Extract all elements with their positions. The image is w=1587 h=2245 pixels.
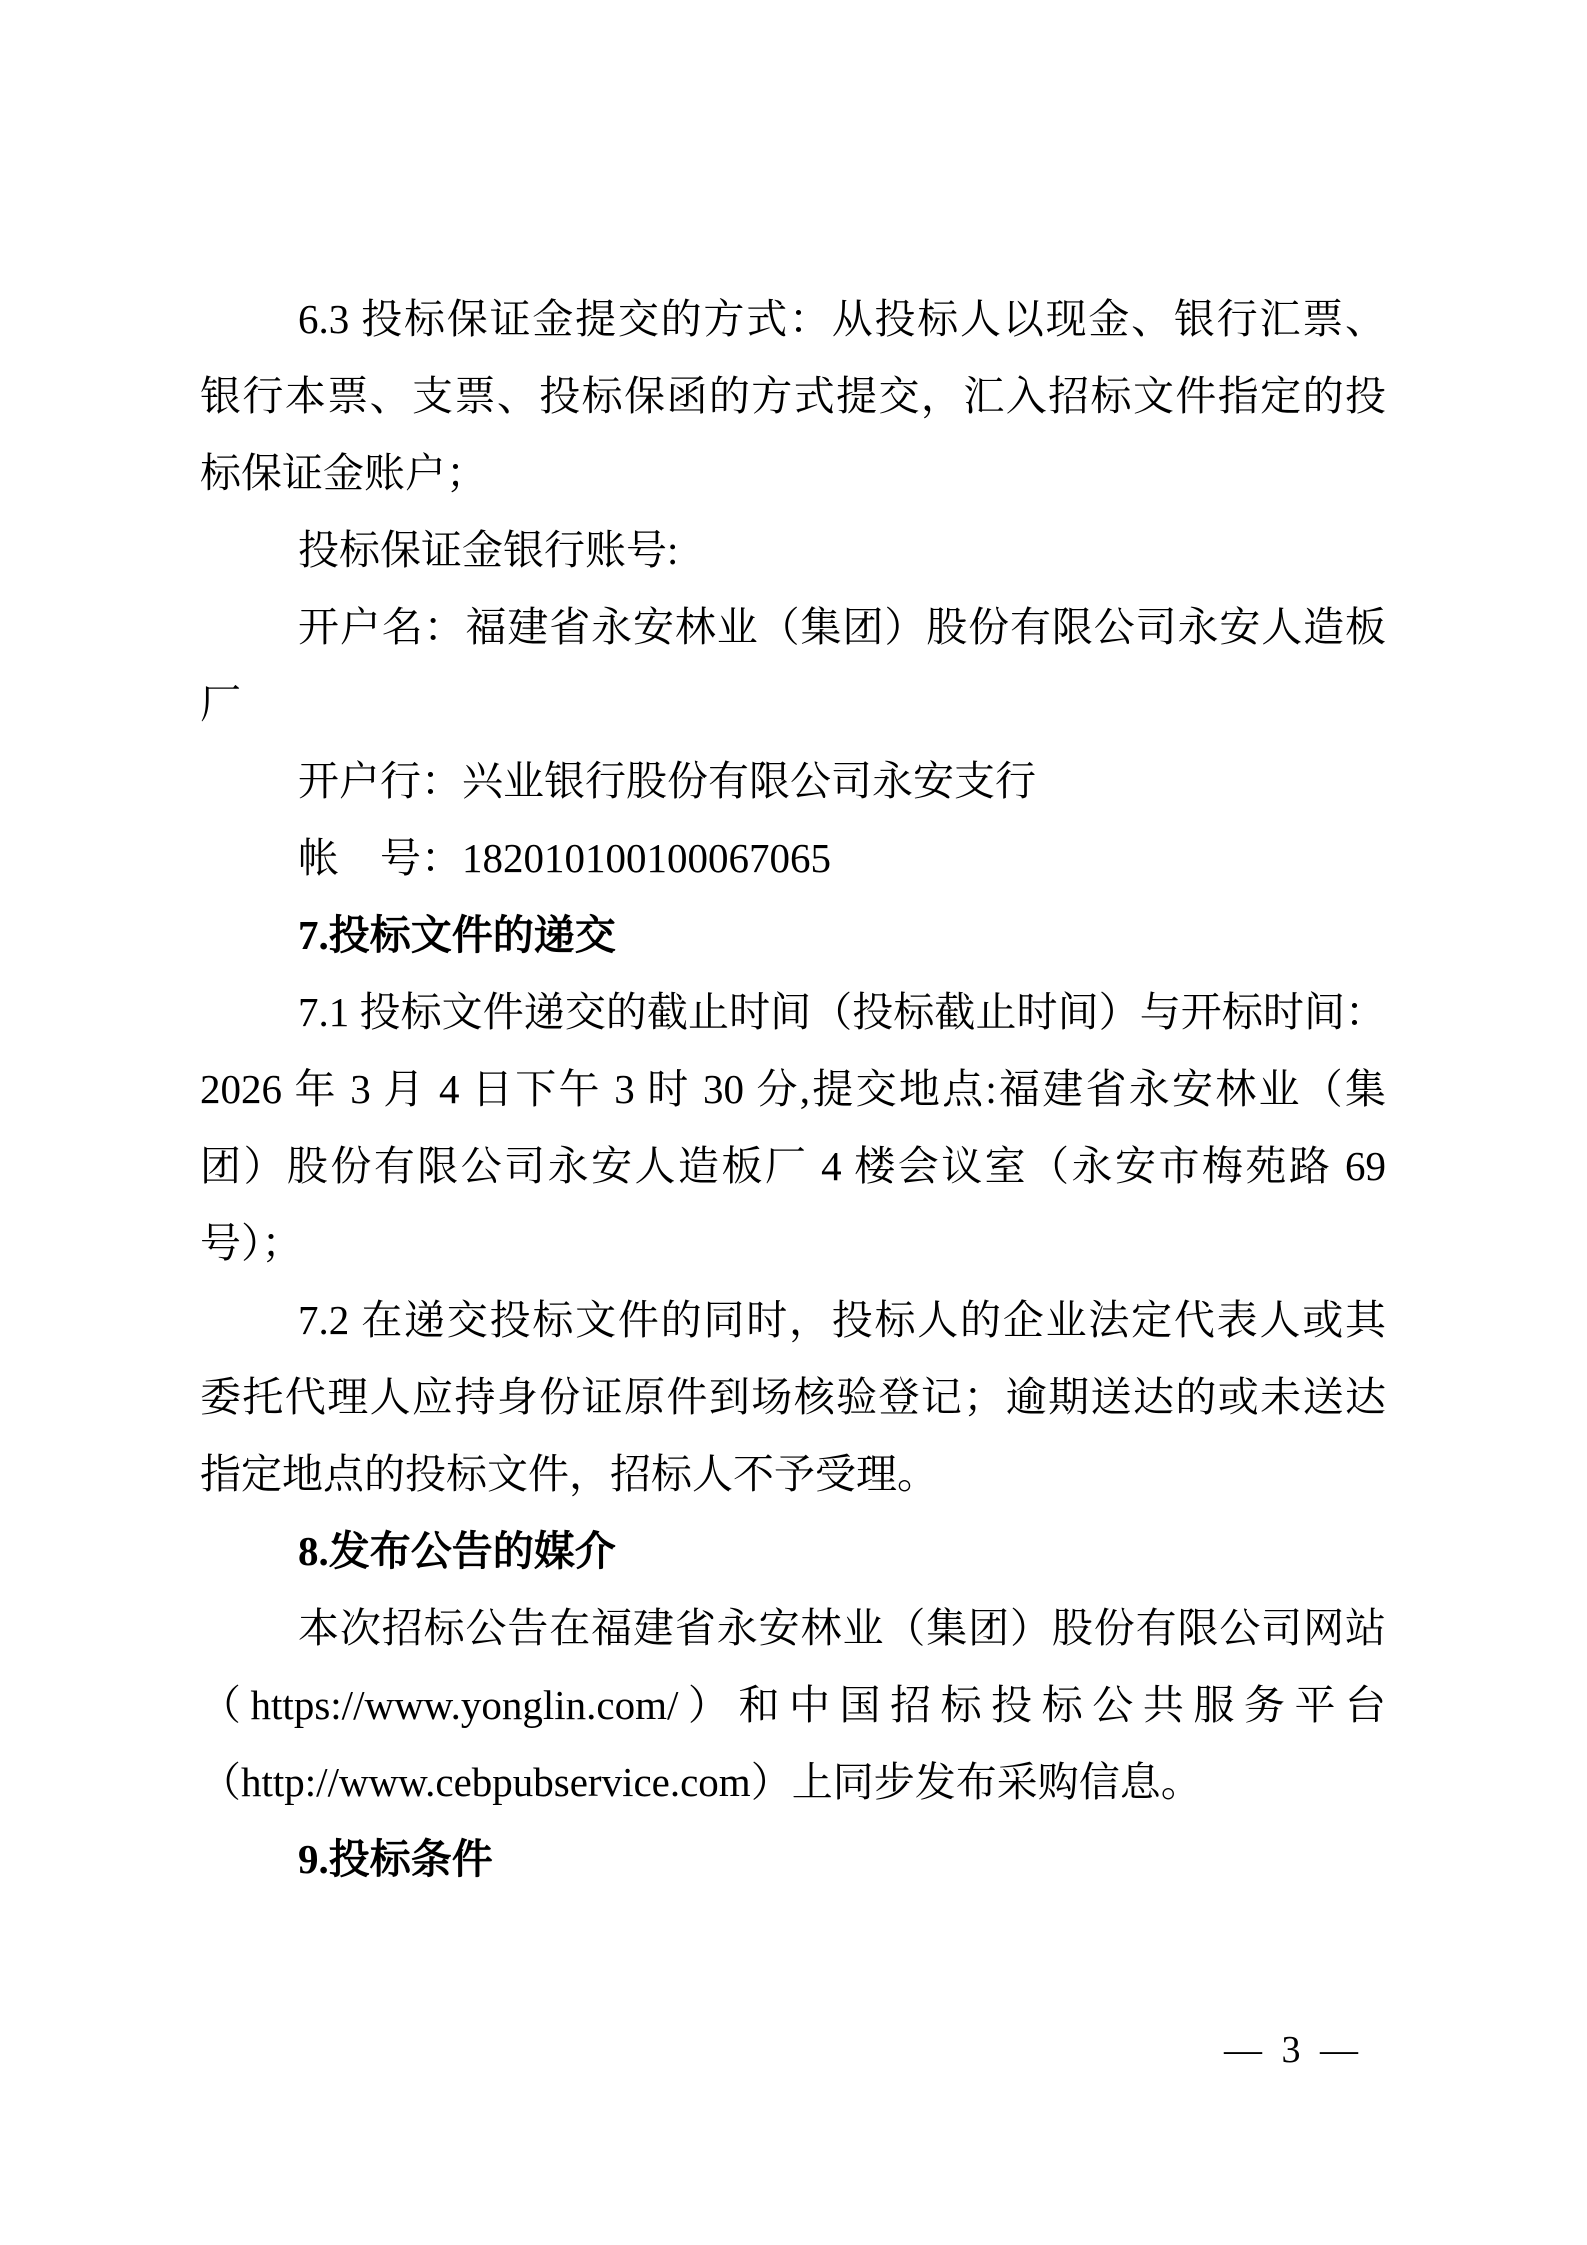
paragraph-deposit-account-label: 投标保证金银行账号: [200, 512, 1386, 589]
text-line: 帐 号：182010100100067065 [200, 820, 1386, 897]
text-line: 7.2 在递交投标文件的同时，投标人的企业法定代表人或其 [200, 1282, 1386, 1359]
text-line: 2026 年 3 月 4 日下午 3 时 30 分,提交地点:福建省永安林业（集 [200, 1051, 1386, 1128]
text-line: 标保证金账户； [200, 435, 1386, 512]
text-line: 银行本票、支票、投标保函的方式提交，汇入招标文件指定的投 [200, 358, 1386, 435]
document-body: 6.3 投标保证金提交的方式：从投标人以现金、银行汇票、 银行本票、支票、投标保… [200, 281, 1386, 1898]
text-line: 开户行：兴业银行股份有限公司永安支行 [200, 743, 1386, 820]
text-line: 9.投标条件 [200, 1821, 1386, 1898]
paragraph-account-name: 开户名：福建省永安林业（集团）股份有限公司永安人造板 厂 [200, 589, 1386, 743]
paragraph-clause-7-1: 7.1 投标文件递交的截止时间（投标截止时间）与开标时间： 2026 年 3 月… [200, 974, 1386, 1282]
text-line: 指定地点的投标文件，招标人不予受理。 [200, 1436, 1386, 1513]
paragraph-bid-deposit-method: 6.3 投标保证金提交的方式：从投标人以现金、银行汇票、 银行本票、支票、投标保… [200, 281, 1386, 512]
heading-section-8: 8.发布公告的媒介 [200, 1513, 1386, 1590]
text-line: 本次招标公告在福建省永安林业（集团）股份有限公司网站 [200, 1590, 1386, 1667]
text-line: 团）股份有限公司永安人造板厂 4 楼会议室（永安市梅苑路 69 [200, 1128, 1386, 1205]
text-line: 7.1 投标文件递交的截止时间（投标截止时间）与开标时间： [200, 974, 1386, 1051]
text-line: 投标保证金银行账号: [200, 512, 1386, 589]
paragraph-clause-8-body: 本次招标公告在福建省永安林业（集团）股份有限公司网站 （https://www.… [200, 1590, 1386, 1821]
text-line: 开户名：福建省永安林业（集团）股份有限公司永安人造板 [200, 589, 1386, 666]
text-line: 号）； [200, 1205, 1386, 1282]
paragraph-bank-name: 开户行：兴业银行股份有限公司永安支行 [200, 743, 1386, 820]
text-line: 7.投标文件的递交 [200, 897, 1386, 974]
text-line: 6.3 投标保证金提交的方式：从投标人以现金、银行汇票、 [200, 281, 1386, 358]
text-line: （http://www.cebpubservice.com）上同步发布采购信息。 [200, 1744, 1386, 1821]
paragraph-account-number: 帐 号：182010100100067065 [200, 820, 1386, 897]
page-number: — 3 — [1224, 2026, 1363, 2074]
document-page: 6.3 投标保证金提交的方式：从投标人以现金、银行汇票、 银行本票、支票、投标保… [0, 0, 1587, 2245]
text-line: 委托代理人应持身份证原件到场核验登记；逾期送达的或未送达 [200, 1359, 1386, 1436]
text-line: （https://www.yonglin.com/）和中国招标投标公共服务平台 [200, 1667, 1386, 1744]
heading-section-9: 9.投标条件 [200, 1821, 1386, 1898]
text-line: 厂 [200, 666, 1386, 743]
text-line: 8.发布公告的媒介 [200, 1513, 1386, 1590]
heading-section-7: 7.投标文件的递交 [200, 897, 1386, 974]
paragraph-clause-7-2: 7.2 在递交投标文件的同时，投标人的企业法定代表人或其 委托代理人应持身份证原… [200, 1282, 1386, 1513]
